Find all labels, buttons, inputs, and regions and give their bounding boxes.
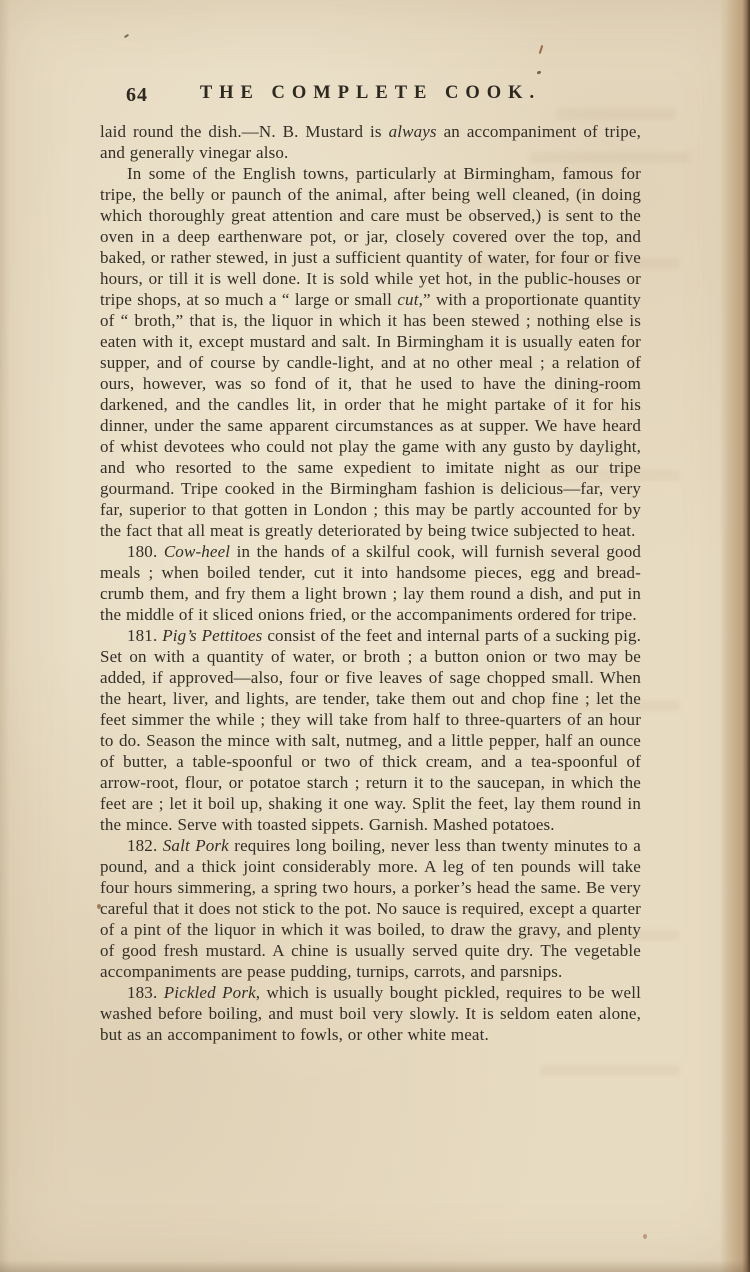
text-run: 181. bbox=[127, 626, 162, 645]
book-page-edge bbox=[720, 0, 750, 1272]
page-bottom-shadow bbox=[0, 1260, 750, 1272]
running-title: THE COMPLETE COOK. bbox=[100, 83, 641, 104]
page-left-shadow bbox=[0, 0, 10, 1272]
text-run: 180. bbox=[127, 542, 164, 561]
show-through-smudge bbox=[540, 1065, 680, 1076]
text-run: 182. bbox=[127, 836, 163, 855]
text-run: laid round the dish.—N. B. Mustard is bbox=[100, 122, 389, 141]
paper-speck bbox=[537, 70, 542, 74]
paragraph: laid round the dish.—N. B. Mustard is al… bbox=[100, 121, 641, 163]
paragraph: 182. Salt Pork requires long boiling, ne… bbox=[100, 835, 641, 982]
paragraph: 183. Pickled Pork, which is usually boug… bbox=[100, 982, 641, 1045]
italic-text-run: always bbox=[389, 122, 437, 141]
book-page-scan: 64 THE COMPLETE COOK. laid round the dis… bbox=[0, 0, 750, 1272]
text-run: 183. bbox=[127, 983, 164, 1002]
paper-speck bbox=[643, 1234, 647, 1239]
show-through-smudge bbox=[556, 108, 676, 120]
text-run: requires long boiling, never less than t… bbox=[100, 836, 641, 981]
italic-text-run: Cow-heel bbox=[164, 542, 230, 561]
paper-speck bbox=[124, 34, 129, 39]
paper-speck bbox=[539, 45, 544, 54]
italic-text-run: Pig’s Pettitoes bbox=[162, 626, 262, 645]
paragraph: 180. Cow-heel in the hands of a skilful … bbox=[100, 541, 641, 625]
text-run: consist of the feet and internal parts o… bbox=[100, 626, 641, 834]
text-run: In some of the English towns, particular… bbox=[100, 164, 641, 309]
italic-text-run: Pickled Pork bbox=[164, 983, 256, 1002]
page-header: 64 THE COMPLETE COOK. bbox=[100, 83, 641, 109]
italic-text-run: cut bbox=[397, 290, 418, 309]
paragraph: 181. Pig’s Pettitoes consist of the feet… bbox=[100, 625, 641, 835]
paragraph: In some of the English towns, particular… bbox=[100, 163, 641, 541]
text-run: ,” with a proportionate quantity of “ br… bbox=[100, 290, 641, 540]
page-body: laid round the dish.—N. B. Mustard is al… bbox=[100, 121, 641, 1045]
italic-text-run: Salt Pork bbox=[163, 836, 229, 855]
